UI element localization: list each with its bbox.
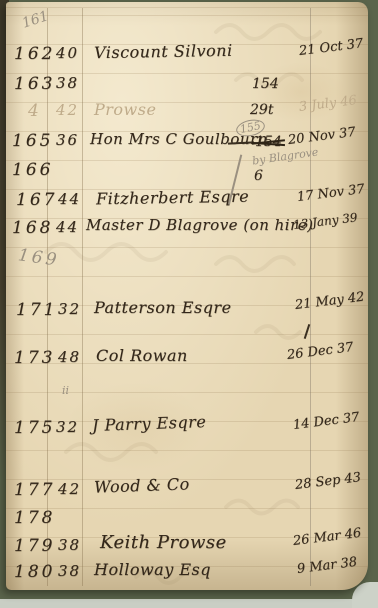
ledger-page: 161 162 40 Viscount Silvoni 21 Oct 37 16…	[6, 2, 368, 590]
entry-number: 168	[12, 218, 53, 238]
entry-name: Col Rowan	[96, 346, 188, 365]
entry-note: 29t	[250, 102, 273, 118]
size-number: 44	[58, 190, 81, 208]
entry-number: 166	[12, 160, 53, 180]
size-number: 48	[58, 348, 81, 366]
size-number: 32	[58, 300, 81, 318]
entry-number: 177	[14, 480, 55, 500]
entry-number: 178	[14, 508, 55, 528]
scanned-ledger-photo: 161 162 40 Viscount Silvoni 21 Oct 37 16…	[0, 0, 378, 608]
size-number: 36	[56, 131, 79, 149]
size-number: 38	[58, 562, 81, 580]
entry-number: 163	[14, 74, 55, 94]
entry-name: Holloway Esq	[94, 560, 211, 579]
entry-note: 154	[252, 76, 279, 92]
entry-number: 173	[14, 348, 55, 368]
entry-number: 167	[16, 190, 57, 210]
size-number: 32	[56, 418, 79, 436]
size-number: 38	[58, 536, 81, 554]
size-number: 42	[56, 101, 79, 119]
entry-number: 180	[14, 562, 55, 582]
pencil-note: ii	[62, 384, 69, 397]
entry-number: 171	[16, 300, 57, 320]
entry-name: J Parry Esqre	[92, 412, 207, 435]
entry-name: Patterson Esqre	[94, 298, 232, 317]
entry-note: 6	[254, 168, 263, 184]
struck-number: 154	[255, 134, 282, 150]
entry-number: 162	[14, 44, 55, 64]
size-number: 44	[56, 218, 79, 236]
size-number: 42	[58, 480, 81, 498]
entry-name: Fitzherbert Esqre	[96, 187, 249, 209]
size-number: 40	[56, 44, 79, 62]
entry-name: Keith Prowse	[100, 532, 227, 553]
entry-name: Master D Blagrove (on hire)	[86, 216, 314, 234]
entry-number: 165	[12, 131, 53, 151]
entry-number: 175	[14, 418, 55, 438]
column-rule-2	[82, 8, 83, 586]
size-number: 38	[56, 74, 79, 92]
entry-number: 179	[14, 536, 55, 556]
entry-number: 4	[28, 101, 42, 121]
backdrop-bottom-strip	[0, 599, 378, 608]
entry-name: Prowse	[94, 100, 156, 119]
entry-name: Wood & Co	[94, 474, 190, 496]
entry-name: Viscount Silvoni	[94, 41, 233, 62]
